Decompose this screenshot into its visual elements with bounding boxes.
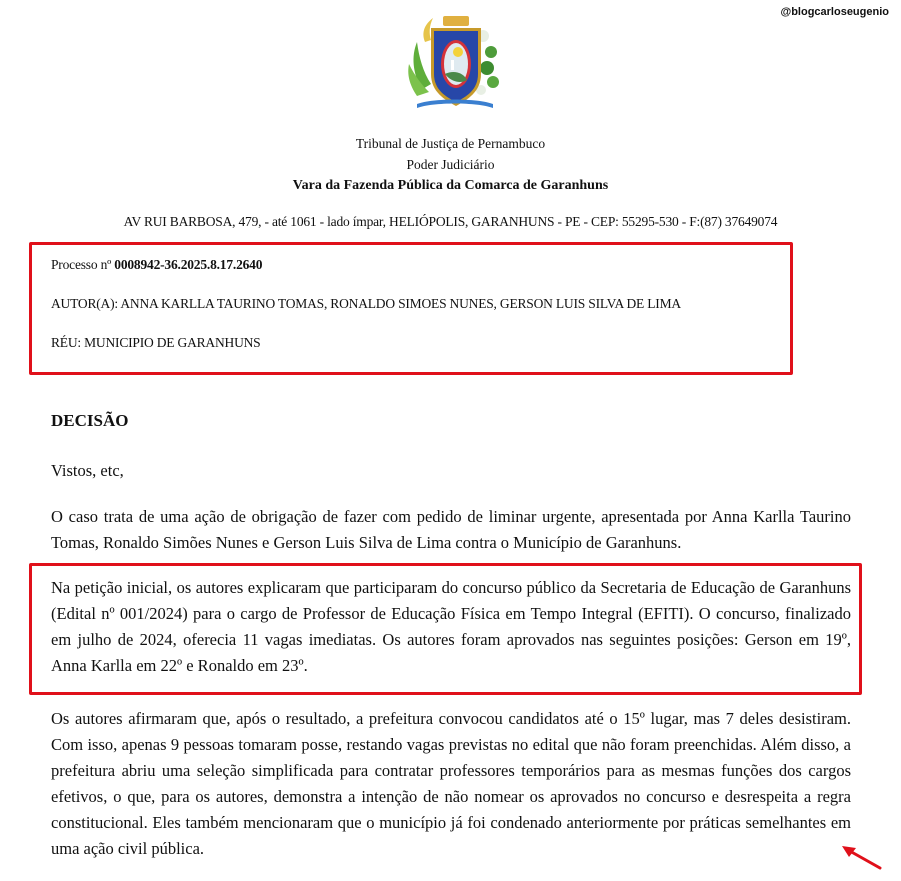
decision-paragraph-3: Os autores afirmaram que, após o resulta… [51,706,851,862]
watermark: @blogcarloseugenio [780,6,889,18]
case-authors: AUTOR(A): ANNA KARLLA TAURINO TOMAS, RON… [51,296,681,312]
decision-paragraph-1: O caso trata de uma ação de obrigação de… [51,504,851,556]
decision-paragraph-2: Na petição inicial, os autores explicara… [51,575,851,679]
court-division: Vara da Fazenda Pública da Comarca de Ga… [0,175,901,196]
court-address: AV RUI BARBOSA, 479, - até 1061 - lado í… [0,214,901,230]
decision-opening: Vistos, etc, [51,458,851,484]
process-number-line: Processo nº 0008942-36.2025.8.17.2640 [51,257,262,273]
decision-title: DECISÃO [51,411,128,431]
court-branch: Poder Judiciário [0,154,901,175]
process-number: 0008942-36.2025.8.17.2640 [114,257,262,272]
court-header: Tribunal de Justiça de Pernambuco Poder … [0,133,901,196]
case-defendant: RÉU: MUNICIPIO DE GARANHUNS [51,335,260,351]
red-arrow-icon [838,842,886,872]
court-name: Tribunal de Justiça de Pernambuco [0,133,901,154]
process-label: Processo nº [51,257,114,272]
pernambuco-coat-of-arms-icon [403,12,507,116]
